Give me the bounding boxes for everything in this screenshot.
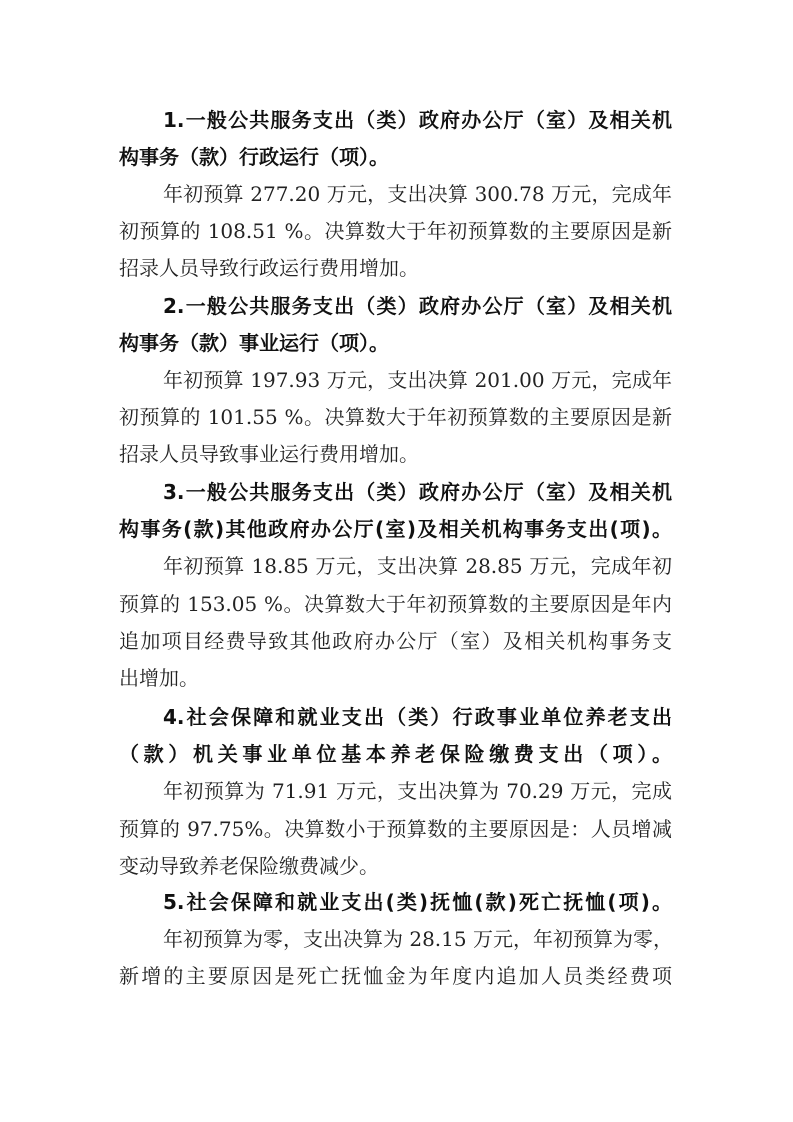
section-2-body-line-3: 招录人员导致事业运行费用增加。 — [119, 436, 672, 473]
section-1-heading-line-2: 构事务（款）行政运行（项）。 — [119, 139, 672, 176]
section-1-heading-line-1: 1.一般公共服务支出（类）政府办公厅（室）及相关机 — [163, 102, 672, 139]
section-1-body-line-2: 初预算的 108.51 %。决算数大于年初预算数的主要原因是新 — [119, 213, 672, 250]
section-5-body-line-2: 新增的主要原因是死亡抚恤金为年度内追加人员类经费项 — [119, 958, 672, 995]
section-3-body-line-3: 追加项目经费导致其他政府办公厅（室）及相关机构事务支 — [119, 623, 672, 660]
section-3-heading-line-1: 3.一般公共服务支出（类）政府办公厅（室）及相关机 — [163, 474, 672, 511]
section-3-body-line-2: 预算的 153.05 %。决算数大于年初预算数的主要原因是年内 — [119, 586, 672, 623]
section-1-body-line-3: 招录人员导致行政运行费用增加。 — [119, 250, 672, 287]
section-3-body-line-1: 年初预算 18.85 万元，支出决算 28.85 万元，完成年初 — [163, 548, 672, 585]
section-1-body-line-1: 年初预算 277.20 万元，支出决算 300.78 万元，完成年 — [163, 176, 672, 213]
section-2-heading-line-2: 构事务（款）事业运行（项）。 — [119, 325, 672, 362]
section-2-body-line-1: 年初预算 197.93 万元，支出决算 201.00 万元，完成年 — [163, 362, 672, 399]
section-3-heading-line-2: 构事务(款)其他政府办公厅(室)及相关机构事务支出(项)。 — [119, 511, 672, 548]
section-4-body-line-2: 预算的 97.75%。决算数小于预算数的主要原因是：人员增减 — [119, 811, 672, 848]
section-4-body-line-3: 变动导致养老保险缴费减少。 — [119, 848, 672, 885]
section-4-heading-line-1: 4.社会保障和就业支出（类）行政事业单位养老支出 — [163, 699, 672, 736]
section-2-heading-line-1: 2.一般公共服务支出（类）政府办公厅（室）及相关机 — [163, 288, 672, 325]
document-page: 1.一般公共服务支出（类）政府办公厅（室）及相关机 构事务（款）行政运行（项）。… — [0, 0, 793, 1122]
section-2-body-line-2: 初预算的 101.55 %。决算数大于年初预算数的主要原因是新 — [119, 399, 672, 436]
section-4-body-line-1: 年初预算为 71.91 万元，支出决算为 70.29 万元，完成 — [163, 773, 672, 810]
section-5-body-line-1: 年初预算为零，支出决算为 28.15 万元，年初预算为零， — [163, 921, 672, 958]
section-4-heading-line-2: （款）机关事业单位基本养老保险缴费支出（项）。 — [119, 736, 672, 773]
section-5-heading-line-1: 5.社会保障和就业支出(类)抚恤(款)死亡抚恤(项)。 — [163, 884, 672, 921]
section-3-body-line-4: 出增加。 — [119, 660, 672, 697]
